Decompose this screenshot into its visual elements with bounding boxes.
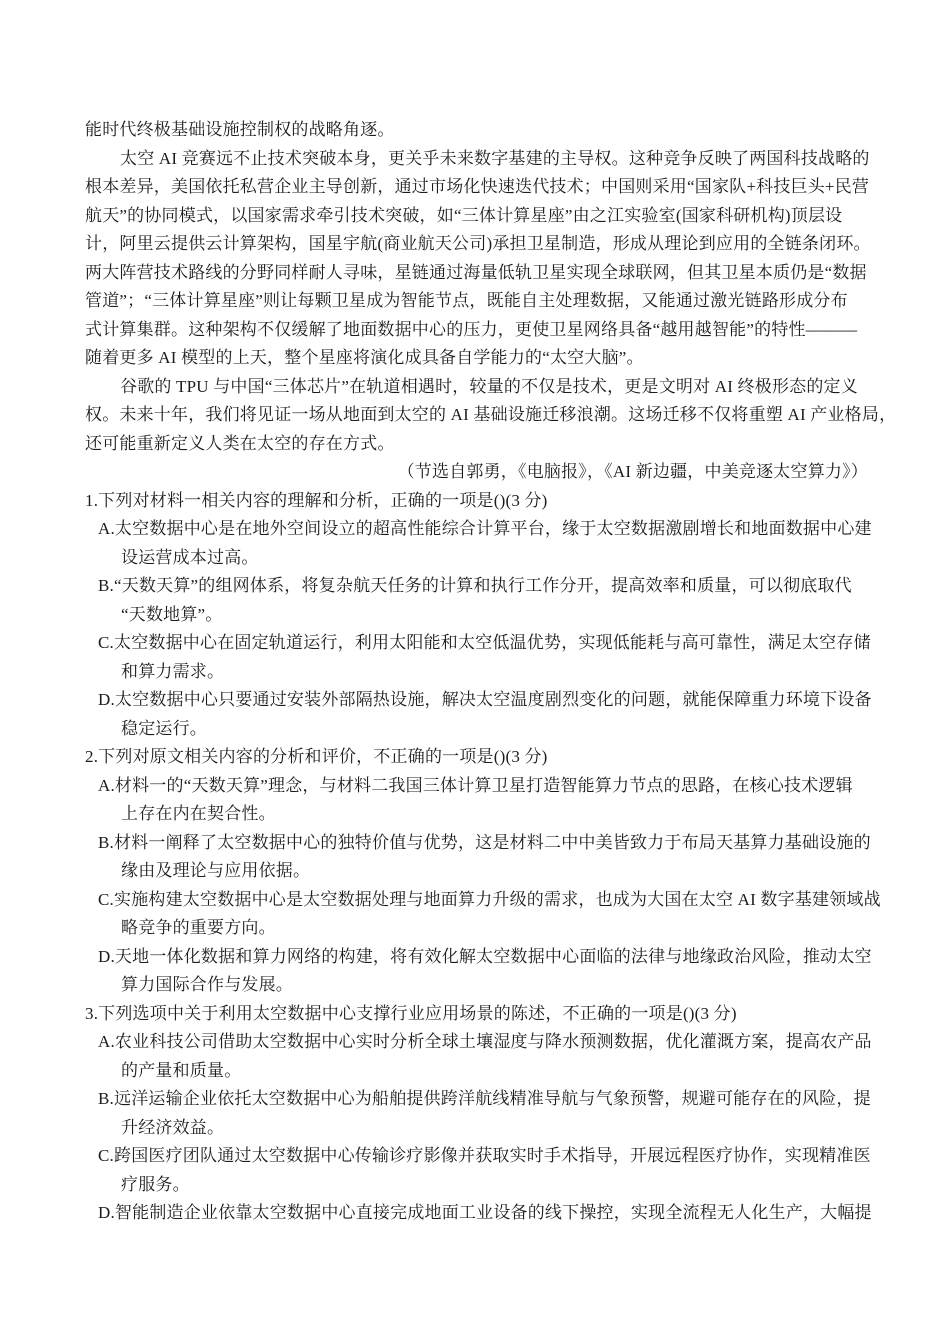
option-continuation-line: 疗服务。 (85, 1171, 875, 1200)
option-line: B.材料一阐释了太空数据中心的独特价值与优势，这是材料二中中美皆致力于布局天基算… (85, 829, 875, 858)
passage-line: 还可能重新定义人类在太空的存在方式。 (85, 430, 875, 459)
passage-line: 权。未来十年，我们将见证一场从地面到太空的 AI 基础设施迁移浪潮。这场迁移不仅… (85, 401, 875, 430)
passage-line: 两大阵营技术路线的分野同样耐人寻味，星链通过海量低轨卫星实现全球联网，但其卫星本… (85, 259, 875, 288)
option-continuation-line: 上存在内在契合性。 (85, 800, 875, 829)
option-line: C.实施构建太空数据中心是太空数据处理与地面算力升级的需求，也成为大国在太空 A… (85, 886, 875, 915)
option-continuation-line: 稳定运行。 (85, 715, 875, 744)
passage-line: 能时代终极基础设施控制权的战略角逐。 (85, 116, 875, 145)
option-continuation-line: “天数地算”。 (85, 601, 875, 630)
question-header: 2.下列对原文相关内容的分析和评价，不正确的一项是()(3 分) (85, 743, 875, 772)
option-continuation-line: 升经济效益。 (85, 1114, 875, 1143)
passage-line: 计，阿里云提供云计算架构，国星宇航(商业航天公司)承担卫星制造，形成从理论到应用… (85, 230, 875, 259)
option-continuation-line: 设运营成本过高。 (85, 544, 875, 573)
option-line: B.远洋运输企业依托太空数据中心为船舶提供跨洋航线精准导航与气象预警，规避可能存… (85, 1085, 875, 1114)
option-line: D.太空数据中心只要通过安装外部隔热设施，解决太空温度剧烈变化的问题，就能保障重… (85, 686, 875, 715)
document-page: 能时代终极基础设施控制权的战略角逐。太空 AI 竞赛远不止技术突破本身，更关乎未… (85, 116, 875, 1228)
passage-line: 太空 AI 竞赛远不止技术突破本身，更关乎未来数字基建的主导权。这种竞争反映了两… (85, 145, 875, 174)
question-header: 3.下列选项中关于利用太空数据中心支撑行业应用场景的陈述，不正确的一项是()(3… (85, 1000, 875, 1029)
passage-line: 管道”；“三体计算星座”则让每颗卫星成为智能节点，既能自主处理数据，又能通过激光… (85, 287, 875, 316)
option-line: C.太空数据中心在固定轨道运行，利用太阳能和太空低温优势，实现低能耗与高可靠性，… (85, 629, 875, 658)
option-continuation-line: 和算力需求。 (85, 658, 875, 687)
option-line: B.“天数天算”的组网体系，将复杂航天任务的计算和执行工作分开，提高效率和质量，… (85, 572, 875, 601)
option-continuation-line: 的产量和质量。 (85, 1057, 875, 1086)
passage-line: 式计算集群。这种架构不仅缓解了地面数据中心的压力，更使卫星网络具备“越用越智能”… (85, 316, 875, 345)
question-header: 1.下列对材料一相关内容的理解和分析，正确的一项是()(3 分) (85, 487, 875, 516)
option-line: A.太空数据中心是在地外空间设立的超高性能综合计算平台，缘于太空数据激剧增长和地… (85, 515, 875, 544)
option-continuation-line: 略竞争的重要方向。 (85, 914, 875, 943)
option-line: A.农业科技公司借助太空数据中心实时分析全球土壤湿度与降水预测数据，优化灌溉方案… (85, 1028, 875, 1057)
option-line: D.智能制造企业依靠太空数据中心直接完成地面工业设备的线下操控，实现全流程无人化… (85, 1199, 875, 1228)
passage-line: 根本差异，美国依托私营企业主导创新，通过市场化快速迭代技术；中国则采用“国家队+… (85, 173, 875, 202)
option-line: D.天地一体化数据和算力网络的构建，将有效化解太空数据中心面临的法律与地缘政治风… (85, 943, 875, 972)
option-line: A.材料一的“天数天算”理念，与材料二我国三体计算卫星打造智能算力节点的思路，在… (85, 772, 875, 801)
option-continuation-line: 缘由及理论与应用依据。 (85, 857, 875, 886)
option-continuation-line: 算力国际合作与发展。 (85, 971, 875, 1000)
passage-line: 航天”的协同模式，以国家需求牵引技术突破，如“三体计算星座”由之江实验室(国家科… (85, 202, 875, 231)
passage-line: 随着更多 AI 模型的上天，整个星座将演化成具备自学能力的“太空大脑”。 (85, 344, 875, 373)
attribution-line: （节选自郭勇，《电脑报》，《AI 新边疆，中美竞逐太空算力》） (85, 458, 868, 487)
option-line: C.跨国医疗团队通过太空数据中心传输诊疗影像并获取实时手术指导，开展远程医疗协作… (85, 1142, 875, 1171)
passage-line: 谷歌的 TPU 与中国“三体芯片”在轨道相遇时，较量的不仅是技术，更是文明对 A… (85, 373, 875, 402)
